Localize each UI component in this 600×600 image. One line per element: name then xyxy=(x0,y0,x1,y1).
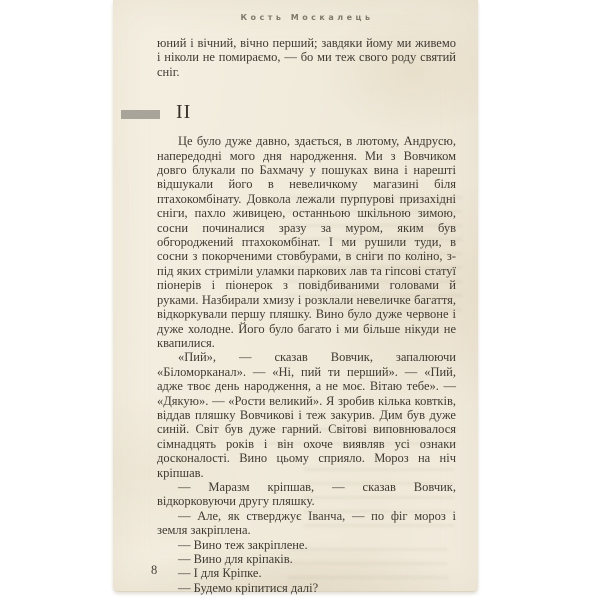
chapter-marker-bar xyxy=(121,110,160,119)
chapter-heading: II xyxy=(157,103,456,125)
paragraph-dialogue: — Вино для кріпаків. xyxy=(157,552,456,566)
paragraph-dialogue: — І для Кріпке. xyxy=(157,566,456,580)
book-page: Кость Москалець юний і вічний, вічно пер… xyxy=(113,0,478,592)
paragraph-dialogue: — Але, як стверджує Іванча, — по фіг мор… xyxy=(157,509,456,538)
page-number: 8 xyxy=(151,563,157,578)
page-body-text: юний і вічний, вічно перший; завдяки йом… xyxy=(157,36,456,595)
paragraph: «Пий», — сказав Вовчик, запалюючи «Білом… xyxy=(157,350,456,480)
paragraph-dialogue: — Вино теж закріплене. xyxy=(157,538,456,552)
paragraph: Це було дуже давно, здається, в лютому, … xyxy=(157,134,456,350)
paragraph-dialogue: — Будемо кріпитися далі? xyxy=(157,581,456,595)
paragraph-dialogue: — Маразм кріпшав, — сказав Вовчик, відко… xyxy=(157,480,456,509)
paragraph-continuation: юний і вічний, вічно перший; завдяки йом… xyxy=(157,36,456,79)
running-header: Кость Москалець xyxy=(157,13,457,22)
chapter-number: II xyxy=(176,101,191,124)
book-scan: Кость Москалець юний і вічний, вічно пер… xyxy=(0,0,600,600)
